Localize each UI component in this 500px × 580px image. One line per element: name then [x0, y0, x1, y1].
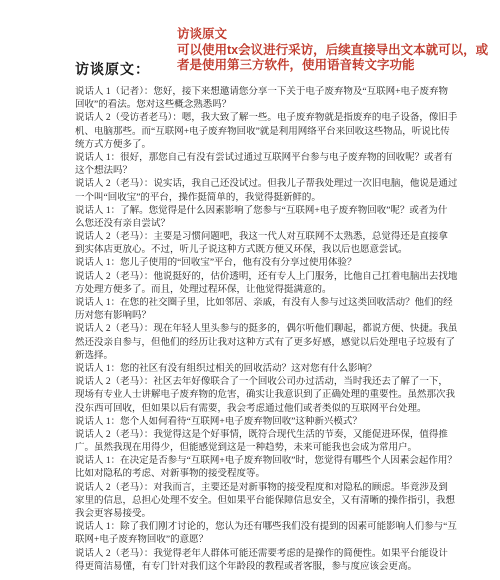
transcript-line: 么您还没有亲自尝试？	[75, 218, 475, 231]
transcript-line: 我会更容易接受。	[75, 508, 475, 521]
transcript-line: 回收”的看法。您对这些概念熟悉吗？	[75, 99, 475, 112]
transcript-line: 说话人 2（老马）：说实话，我自己还没试过。但我儿子帮我处理过一次旧电脑，他说是…	[75, 178, 475, 191]
document-page: 访谈原文可以使用tx会议进行采访，后续直接导出文本就可以，或者是使用第三方软件，…	[0, 0, 500, 580]
transcript-line: 说话人 2（老马）：我觉得这是个好事情，既符合现代生活的节奏，又能促进环保，值得…	[75, 429, 475, 442]
transcript-line: 说话人 2（老马）：现在年轻人里头参与的挺多的，偶尔听他们聊起，都说方便、快捷。…	[75, 323, 475, 336]
transcript-line: 新选择。	[75, 350, 475, 363]
transcript-line: 说话人 2（老马）：他说挺好的，估价透明，还有专人上门服务，比他自己扛着电脑出去…	[75, 271, 475, 284]
document-heading: 访谈原文：	[75, 59, 150, 79]
transcript-line: 说话人 1：在您的社交圈子里，比如邻居、亲戚，有没有人参与过这类回收活动？他们的…	[75, 297, 475, 310]
transcript-line: 没东西可回收，但如果以后有需要，我会考虑通过他们或者类似的互联网平台处理。	[75, 403, 475, 416]
transcript-line: 统方式方便多了。	[75, 139, 475, 152]
transcript-line: 说话人 1：在决定是否参与“互联网+电子废弃物回收”时，您觉得有哪些个人因素会起…	[75, 455, 475, 468]
transcript-line: 说话人 1（记者）：您好，接下来想邀请您分享一下关于电子废弃物及“互联网+电子废…	[75, 86, 475, 99]
transcript-line: 联网+电子废弃物回收”的意愿？	[75, 534, 475, 547]
transcript-line: 得更简洁易懂，有专门针对我们这个年龄段的教程或者客服，参与度应该会更高。	[75, 561, 475, 574]
transcript-line: 说话人 1：除了我们刚才讨论的，您认为还有哪些我们没有提到的因素可能影响人们参与…	[75, 521, 475, 534]
transcript-line: 说话人 2（受访者老马）：嗯，我大致了解一些。电子废弃物就是指废弃的电子设备，像…	[75, 112, 475, 125]
annotation-line: 访谈原文	[177, 27, 497, 43]
transcript-line: 说话人 1：很好，那您自己有没有尝试过通过互联网平台参与电子废弃物的回收呢？或者…	[75, 152, 475, 165]
transcript-line: 比如对隐私的考虑、对新事物的接受程度等。	[75, 468, 475, 481]
transcript-line: 机、电脑那些。而“互联网+电子废弃物回收”就是利用网络平台来回收这些物品，听说比…	[75, 126, 475, 139]
transcript-line: 现场有专业人士讲解电子废弃物的危害，确实让我意识到了正确处理的重要性。虽然那次我	[75, 389, 475, 402]
transcript-line: 说话人 2（老马）：我觉得老年人群体可能还需要考虑的是操作的简便性。如果平台能设…	[75, 548, 475, 561]
transcript-line: 说话人 1：您儿子使用的“回收宝”平台，他有没有分享过使用体验？	[75, 257, 475, 270]
transcript: 说话人 1（记者）：您好，接下来想邀请您分享一下关于电子废弃物及“互联网+电子废…	[75, 86, 475, 574]
annotation-line: 可以使用tx会议进行采访，后续直接导出文本就可以，或	[177, 43, 497, 59]
transcript-line: 说话人 1：了解。您觉得是什么因素影响了您参与“互联网+电子废弃物回收”呢？或者…	[75, 205, 475, 218]
transcript-line: 历对您有影响吗？	[75, 310, 475, 323]
annotation-line: 者是使用第三方软件，使用语音转文字功能	[177, 58, 497, 74]
transcript-line: 说话人 2（老马）：社区去年好像联合了一个回收公司办过活动，当时我还去了解了一下…	[75, 376, 475, 389]
transcript-line: 说话人 2（老马）：对我而言，主要还是对新事物的接受程度和对隐私的顾虑。毕竟涉及…	[75, 482, 475, 495]
transcript-line: 广。虽然我现在用得少，但能感觉到这是一种趋势，未来可能我也会成为常用户。	[75, 442, 475, 455]
transcript-line: 这个想法吗？	[75, 165, 475, 178]
transcript-line: 家里的信息，总担心处理不安全。但如果平台能保障信息安全，又有清晰的操作指引，我想	[75, 495, 475, 508]
comment-annotation: 访谈原文可以使用tx会议进行采访，后续直接导出文本就可以，或者是使用第三方软件，…	[177, 27, 497, 74]
transcript-line: 说话人 1：您个人如何看待“互联网+电子废弃物回收”这种新兴模式？	[75, 416, 475, 429]
transcript-line: 说话人 1：您的社区有没有组织过相关的回收活动？这对您有什么影响？	[75, 363, 475, 376]
transcript-line: 然还没亲自参与，但他们的经历让我对这种方式有了更多好感，感觉以后处理电子垃圾有了	[75, 337, 475, 350]
transcript-line: 一个叫“回收宝”的平台，操作挺简单的，我觉得挺新鲜的。	[75, 192, 475, 205]
transcript-line: 说话人 2（老马）：主要是习惯问题吧，我这一代人对互联网不太熟悉，总觉得还是直接…	[75, 231, 475, 244]
transcript-line: 方处理方便多了。而且，处理过程环保，让他觉得挺满意的。	[75, 284, 475, 297]
transcript-line: 到实体店更放心。不过，听儿子说这种方式既方便又环保，我以后也愿意尝试。	[75, 244, 475, 257]
